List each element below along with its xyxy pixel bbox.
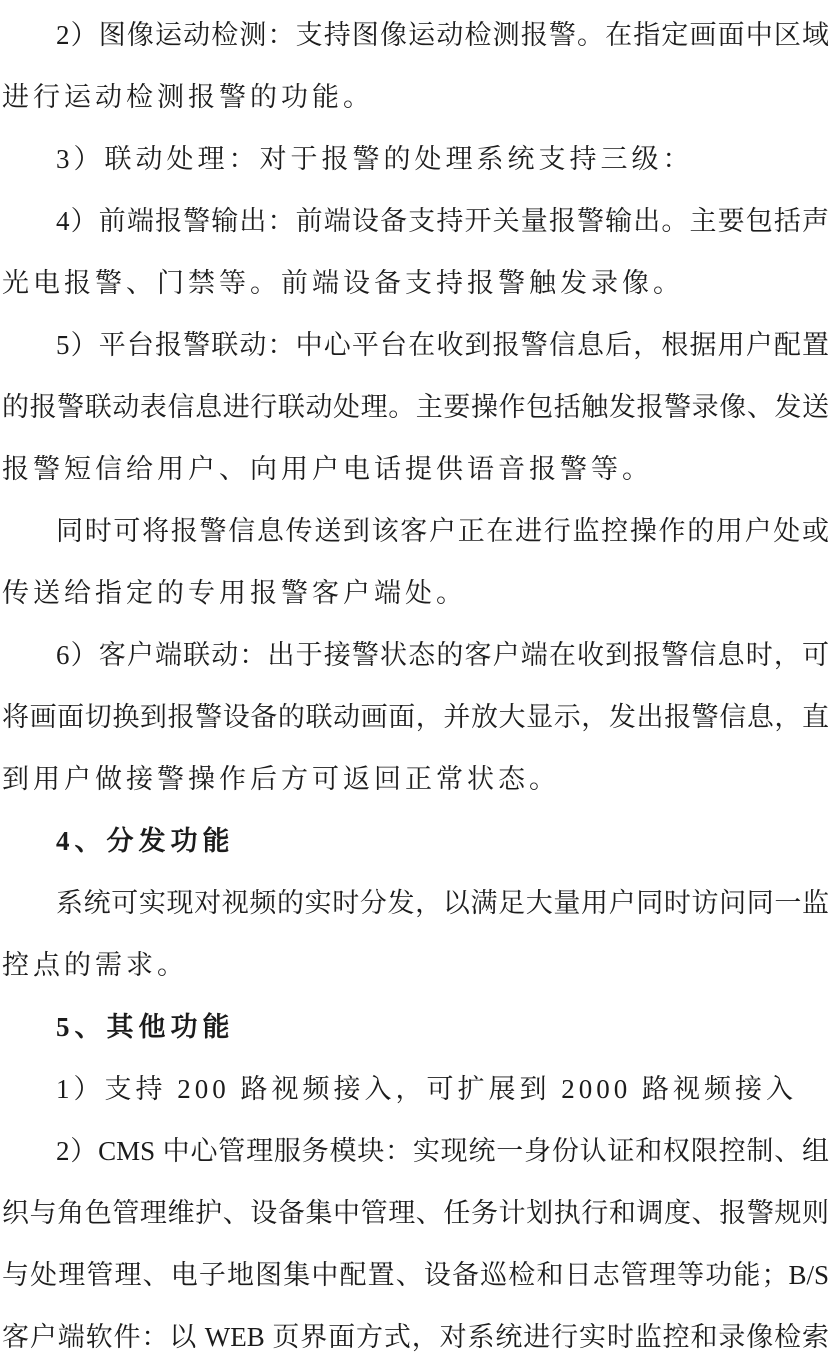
text-line: 织与角色管理维护、设备集中管理、任务计划执行和调度、报警规则: [2, 1182, 829, 1244]
text-line: 2）CMS 中心管理服务模块：实现统一身份认证和权限控制、组: [2, 1120, 829, 1182]
text-line: 到用户做接警操作后方可返回正常状态。: [2, 748, 829, 810]
text-line: 同时可将报警信息传送到该客户正在进行监控操作的用户处或: [2, 500, 829, 562]
text-line: 报警短信给用户、向用户电话提供语音报警等。: [2, 438, 829, 500]
text-line: 6）客户端联动：出于接警状态的客户端在收到报警信息时，可: [2, 624, 829, 686]
section-heading: 4、分发功能: [2, 810, 829, 872]
text-line: 的报警联动表信息进行联动处理。主要操作包括触发报警录像、发送: [2, 376, 829, 438]
document-page: 2）图像运动检测：支持图像运动检测报警。在指定画面中区域进行运动检测报警的功能。…: [0, 0, 833, 1369]
text-line: 客户端软件：以 WEB 页界面方式，对系统进行实时监控和录像检索: [2, 1306, 829, 1368]
text-line: 将画面切换到报警设备的联动画面，并放大显示，发出报警信息，直: [2, 686, 829, 748]
text-line: 5）平台报警联动：中心平台在收到报警信息后，根据用户配置: [2, 314, 829, 376]
text-line: 系统可实现对视频的实时分发，以满足大量用户同时访问同一监: [2, 872, 829, 934]
text-line: 1）支持 200 路视频接入，可扩展到 2000 路视频接入: [2, 1058, 829, 1120]
text-line: 光电报警、门禁等。前端设备支持报警触发录像。: [2, 252, 829, 314]
text-line: 与处理管理、电子地图集中配置、设备巡检和日志管理等功能；B/S: [2, 1244, 829, 1306]
section-heading: 5、其他功能: [2, 996, 829, 1058]
text-line: 传送给指定的专用报警客户端处。: [2, 562, 829, 624]
text-line: 2）图像运动检测：支持图像运动检测报警。在指定画面中区域: [2, 4, 829, 66]
text-line: 进行运动检测报警的功能。: [2, 66, 829, 128]
text-line: 4）前端报警输出：前端设备支持开关量报警输出。主要包括声: [2, 190, 829, 252]
text-line: 控点的需求。: [2, 934, 829, 996]
text-line: 3）联动处理：对于报警的处理系统支持三级：: [2, 128, 829, 190]
